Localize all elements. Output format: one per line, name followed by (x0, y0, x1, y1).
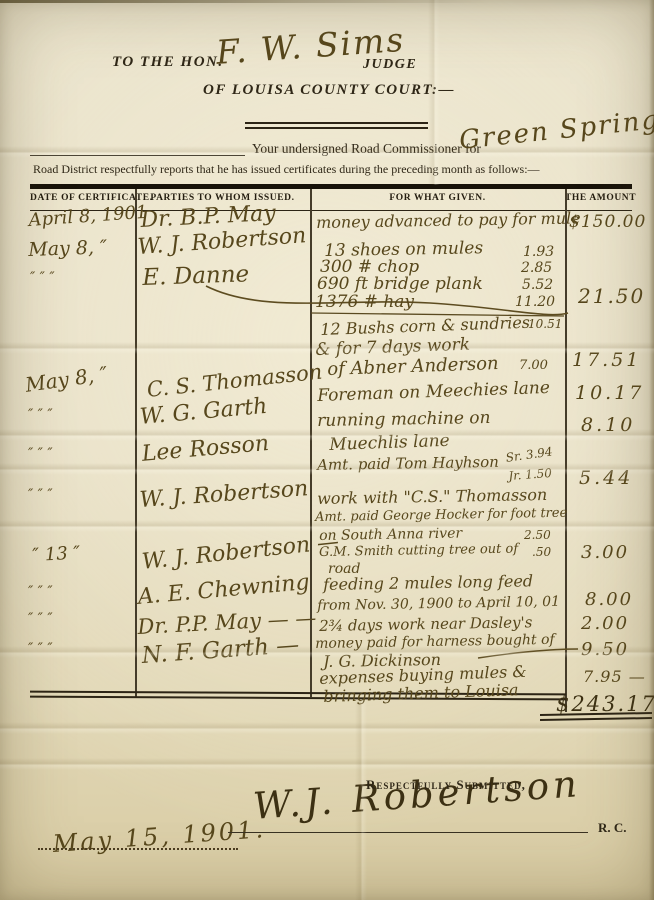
work-description: G.M. Smith cutting tree out of (319, 543, 518, 559)
court-title: OF LOUISA COUNTY COURT:— (203, 82, 455, 99)
date-entry: ″ 13 ″ (32, 544, 81, 564)
work-description: bringing them to Louisa (323, 682, 519, 705)
date-entry: May 8, ″ (24, 363, 109, 394)
paper-edge-shadow (649, 0, 654, 900)
column-header-for-what: FOR WHAT GIVEN. (310, 193, 565, 203)
party-name: C. S. Thomasson (146, 362, 323, 401)
party-name: A. E. Chewning (137, 572, 310, 609)
blank-fill-line (30, 155, 245, 156)
work-description: 2¾ days work near Dasley's (319, 615, 533, 634)
amount-value: 8.00 (585, 591, 633, 609)
date-ditto: ″ ″ ″ (28, 408, 53, 422)
commissioner-line: Your undersigned Road Commissioner for (252, 141, 481, 157)
salutation-label: TO THE HON. (112, 54, 224, 71)
work-description: from Nov. 30, 1900 to April 10, 01 (317, 595, 560, 613)
work-description: work with "C.S." Thomasson (317, 487, 547, 507)
amount-value: 5.44 (579, 469, 633, 488)
work-description: money paid for harness bought of (315, 633, 555, 651)
amount-value: 9.50 (581, 641, 629, 659)
work-description: money advanced to pay for mule (316, 210, 581, 231)
work-description: Muechlis lane (329, 433, 450, 454)
total-underline (540, 717, 652, 720)
column-header-amount: THE AMOUNT (565, 193, 632, 203)
amount-value: 3.00 (581, 544, 629, 562)
header-divider-line (245, 122, 428, 124)
amount-value: 17.51 (572, 351, 641, 370)
document-page: TO THE HON. JUDGE OF LOUISA COUNTY COURT… (0, 0, 654, 900)
header-divider-line (245, 127, 428, 129)
date-fill-line (38, 848, 238, 850)
column-header-parties: PARTIES TO WHOM ISSUED. (135, 193, 310, 203)
work-description: Amt. paid Tom Hayhson (317, 455, 499, 473)
sub-amount: 2.50 (524, 529, 551, 541)
table-vertical-rule (565, 189, 567, 712)
work-description: running machine on (317, 410, 491, 430)
work-description: of Abner Anderson (327, 355, 499, 379)
date-ditto: ″ ″ ″ (28, 585, 53, 599)
commissioner-signature: W.J. Robertson (252, 765, 582, 825)
work-description: 12 Bushs corn & sundries (320, 315, 530, 338)
date-ditto: ″ ″ ″ (30, 271, 55, 285)
date-entry: May 8, ″ (28, 238, 107, 260)
report-line: Road District respectfully reports that … (33, 162, 540, 177)
work-description: Amt. paid George Hocker for foot tree (315, 507, 567, 524)
sub-amount: .50 (532, 546, 551, 558)
signature-line (228, 832, 588, 833)
sub-amount: 11.20 (515, 295, 555, 309)
sub-amount: 10.51 (528, 318, 562, 330)
amount-value: 2.00 (581, 615, 629, 633)
sub-amount: Sr. 3.94 (505, 445, 553, 463)
garth-dash-line (478, 649, 578, 658)
sub-amount: 1.93 (523, 245, 554, 259)
sub-amount: 5.52 (522, 278, 553, 292)
work-description: 1376 # hay (315, 294, 414, 311)
sub-amount: Jr. 1.50 (508, 467, 552, 482)
amount-value: 8.10 (581, 416, 635, 435)
date-ditto: ″ ″ ″ (28, 488, 53, 502)
date-ditto: ″ ″ ″ (28, 642, 53, 656)
date-entry: April 8, 1901 (28, 204, 148, 230)
total-amount: $243.17 (556, 694, 654, 715)
work-description: 690 ft bridge plank (317, 276, 483, 293)
amount-value: 10.17 (575, 384, 644, 403)
work-description: on South Anna river (319, 527, 462, 543)
amount-value: 7.95 — (583, 669, 646, 685)
column-header-date: DATE OF CERTIFICATE. (30, 193, 135, 203)
district-name-handwritten: Green Springs (458, 105, 654, 154)
rc-label: R. C. (598, 820, 627, 836)
sub-amount: 2.85 (521, 261, 552, 275)
amount-value: 21.50 (578, 286, 645, 306)
paper-edge-shadow (0, 0, 654, 3)
party-name: W. J. Robertson (139, 478, 309, 512)
party-name: E. Danne (142, 263, 250, 290)
work-description: Foreman on Meechies lane (317, 380, 550, 405)
report-date-handwritten: May 15, 1901. (52, 817, 267, 856)
party-name: Lee Rosson (141, 433, 270, 466)
amount-value: $150.00 (569, 214, 646, 231)
paper-crease (0, 722, 654, 734)
date-ditto: ″ ″ ″ (28, 447, 53, 461)
table-top-border (30, 184, 632, 189)
work-description: feeding 2 mules long feed (323, 573, 533, 593)
date-ditto: ″ ″ ″ (28, 612, 53, 626)
submitted-label: Respectfully Submitted, (366, 777, 526, 793)
sub-amount: 7.00 (519, 359, 548, 372)
party-name: N. F. Garth — (141, 634, 300, 668)
